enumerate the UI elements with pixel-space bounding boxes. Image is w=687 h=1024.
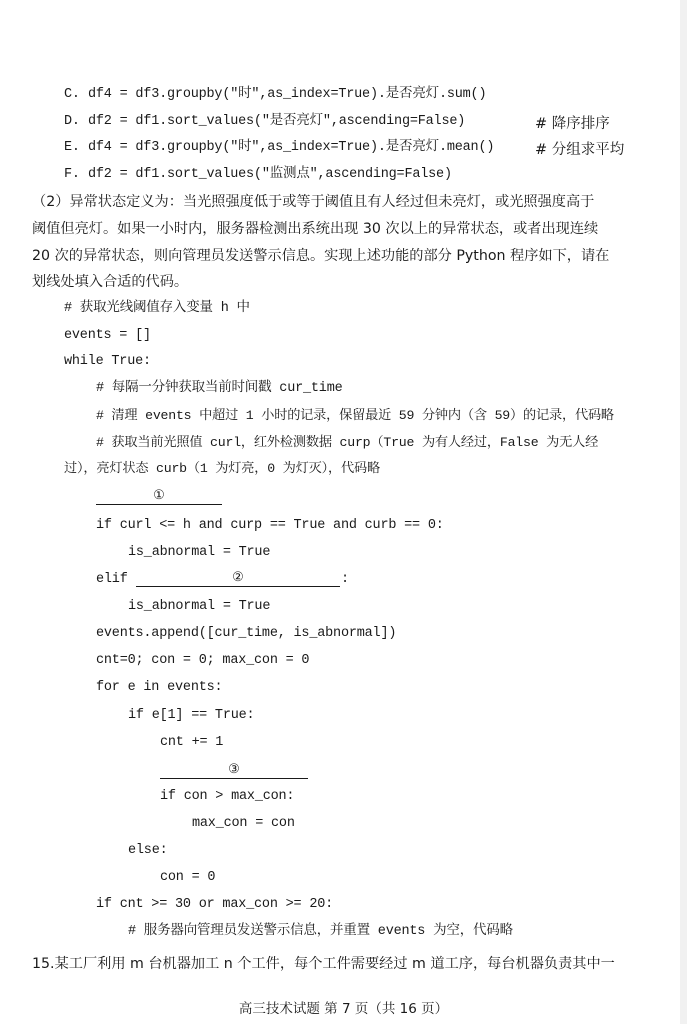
page-edge (680, 0, 687, 1024)
option-d-comment: # 降序排序 (535, 112, 610, 133)
code-if-abnormal: if e[1] == True: (128, 706, 254, 726)
answer-blank-1[interactable]: ① (96, 486, 222, 505)
code-max-con-assign: max_con = con (192, 814, 295, 834)
code-comment-alert: # 服务器向管理员发送警示信息，并重置 events 为空，代码略 (128, 922, 513, 942)
code-comment-threshold: # 获取光线阈值存入变量 h 中 (64, 299, 250, 319)
code-abnormal-true-2: is_abnormal = True (128, 597, 270, 617)
option-e-comment: # 分组求平均 (535, 138, 624, 159)
code-cnt-increment: cnt += 1 (160, 733, 223, 753)
code-while: while True: (64, 352, 151, 372)
option-f-code: df2 = df1.sort_values("监测点",ascending=Fa… (88, 165, 452, 185)
option-d-code: df2 = df1.sort_values("是否亮灯",ascending=F… (88, 112, 465, 132)
question2-line-4: 划线处填入合适的代码。 (32, 272, 188, 292)
code-events-init: events = [] (64, 326, 151, 346)
code-comment-timestamp: # 每隔一分钟获取当前时间戳 cur_time (96, 379, 343, 399)
code-counters-init: cnt=0; con = 0; max_con = 0 (96, 651, 309, 671)
answer-blank-2[interactable]: ② (136, 568, 340, 587)
code-if-con-max: if con > max_con: (160, 787, 294, 807)
option-f-label: F. (64, 165, 80, 185)
code-abnormal-true-1: is_abnormal = True (128, 543, 270, 563)
code-else: else: (128, 841, 168, 861)
code-for-loop: for e in events: (96, 678, 222, 698)
option-d-label: D. (64, 112, 80, 132)
option-e-label: E. (64, 138, 80, 158)
code-comment-cleanup: # 清理 events 中超过 1 小时的记录，保留最近 59 分钟内（含 59… (96, 406, 614, 426)
code-if-alert: if cnt >= 30 or max_con >= 20: (96, 895, 333, 915)
code-if-condition: if curl <= h and curp == True and curb =… (96, 516, 444, 536)
code-elif-colon: : (341, 570, 349, 590)
code-comment-sensor-1: # 获取当前光照值 curl，红外检测数据 curp（True 为有人经过，Fa… (96, 433, 598, 453)
question2-line-1: （2）异常状态定义为：当光照强度低于或等于阈值且有人经过但未亮灯，或光照强度高于 (32, 192, 594, 212)
question2-line-2: 阈值但亮灯。如果一小时内，服务器检测出系统出现 30 次以上的异常状态，或者出现… (32, 219, 598, 239)
answer-blank-3[interactable]: ③ (160, 760, 308, 779)
option-c-code: df4 = df3.groupby("时",as_index=True).是否亮… (88, 85, 486, 105)
option-e-code: df4 = df3.groupby("时",as_index=True).是否亮… (88, 138, 494, 158)
code-comment-sensor-2: 过），亮灯状态 curb（1 为灯亮，0 为灯灭），代码略 (64, 459, 380, 479)
question2-line-3: 20 次的异常状态，则向管理员发送警示信息。实现上述功能的部分 Python 程… (32, 246, 609, 266)
code-events-append: events.append([cur_time, is_abnormal]) (96, 624, 396, 644)
code-con-reset: con = 0 (160, 868, 215, 888)
page-footer: 高三技术试题 第 7 页（共 16 页） (0, 997, 687, 1017)
question15-text: 15.某工厂利用 m 台机器加工 n 个工件，每个工件需要经过 m 道工序，每台… (32, 954, 615, 974)
code-elif: elif (96, 570, 128, 590)
option-c-label: C. (64, 85, 80, 105)
